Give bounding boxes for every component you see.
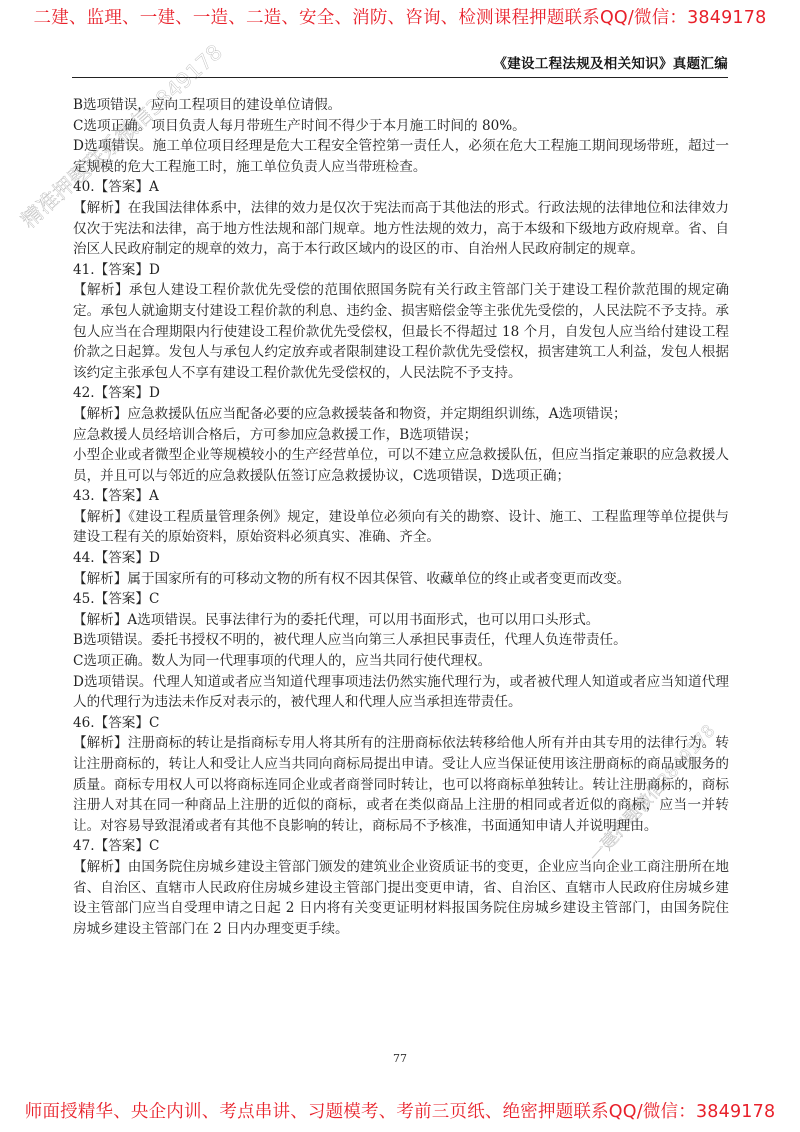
question-43-analysis: 【解析】《建设工程质量管理条例》规定，建设单位必须向有关的勘察、设计、施工、工程… [73,507,729,548]
option-d-line: D选项错误。施工单位项目经理是危大工程安全管控第一责任人，必须在危大工程施工期间… [73,136,729,177]
question-44-answer: 44.【答案】D [73,548,729,569]
question-43-answer: 43.【答案】A [73,486,729,507]
answer-value: D [149,262,160,278]
question-47-answer: 47.【答案】C [73,836,729,857]
question-45-analysis: 【解析】A选项错误。民事法律行为的委托代理，可以用书面形式，也可以用口头形式。 [73,610,729,631]
option-c-line: C选项正确。项目负责人每月带班生产时间不得少于本月施工时间的 80%。 [73,116,729,137]
question-42-answer: 42.【答案】D [73,383,729,404]
answer-value: D [149,385,160,401]
question-46-analysis: 【解析】注册商标的转让是指商标专用人将其所有的注册商标依法转移给他人所有并由其专… [73,733,729,836]
question-40-answer: 40.【答案】A [73,177,729,198]
question-42-analysis-line-3: 小型企业或者微型企业等规模较小的生产经营单位，可以不建立应急救援队伍，但应当指定… [73,445,729,486]
top-promo-banner: 二建、监理、一建、一造、二造、安全、消防、咨询、检测课程押题联系QQ/微信：38… [0,4,800,29]
question-44-analysis: 【解析】属于国家所有的可移动文物的所有权不因其保管、收藏单位的终止或者变更而改变… [73,569,729,590]
question-45-analysis-line-2: B选项错误。委托书授权不明的，被代理人应当向第三人承担民事责任，代理人负连带责任… [73,630,729,651]
header-rule [72,77,728,78]
page-number: 77 [0,1052,800,1065]
question-41-answer: 41.【答案】D [73,260,729,281]
question-45-answer: 45.【答案】C [73,589,729,610]
answer-value: C [149,591,159,607]
question-47-analysis: 【解析】由国务院住房城乡建设主管部门颁发的建筑业企业资质证书的变更，企业应当向企… [73,857,729,939]
question-42-analysis: 【解析】应急救援队伍应当配备必要的应急救援装备和物资，并定期组织训练，A选项错误… [73,404,729,425]
answer-value: D [149,550,160,566]
answer-value: C [149,838,159,854]
question-40-analysis: 【解析】在我国法律体系中，法律的效力是仅次于宪法而高于其他法的形式。行政法规的法… [73,198,729,260]
document-body: B选项错误，应向工程项目的建设单位请假。 C选项正确。项目负责人每月带班生产时间… [73,95,729,939]
running-header-title: 《建设工程法规及相关知识》真题汇编 [493,52,728,72]
question-45-analysis-line-3: C选项正确。数人为同一代理事项的代理人的，应当共同行使代理权。 [73,651,729,672]
answer-value: A [149,488,159,504]
option-b-line: B选项错误，应向工程项目的建设单位请假。 [73,95,729,116]
answer-value: C [149,715,159,731]
question-45-analysis-line-4: D选项错误。代理人知道或者应当知道代理事项违法仍然实施代理行为，或者被代理人知道… [73,672,729,713]
question-41-analysis: 【解析】承包人建设工程价款优先受偿的范围依照国务院有关行政主管部门关于建设工程价… [73,280,729,383]
bottom-promo-banner: 师面授精华、央企内训、考点串讲、习题模考、考前三页纸、绝密押题联系QQ/微信：3… [0,1098,800,1123]
answer-value: A [149,179,159,195]
question-46-answer: 46.【答案】C [73,713,729,734]
question-42-analysis-line-2: 应急救援人员经培训合格后，方可参加应急救援工作，B选项错误； [73,425,729,446]
